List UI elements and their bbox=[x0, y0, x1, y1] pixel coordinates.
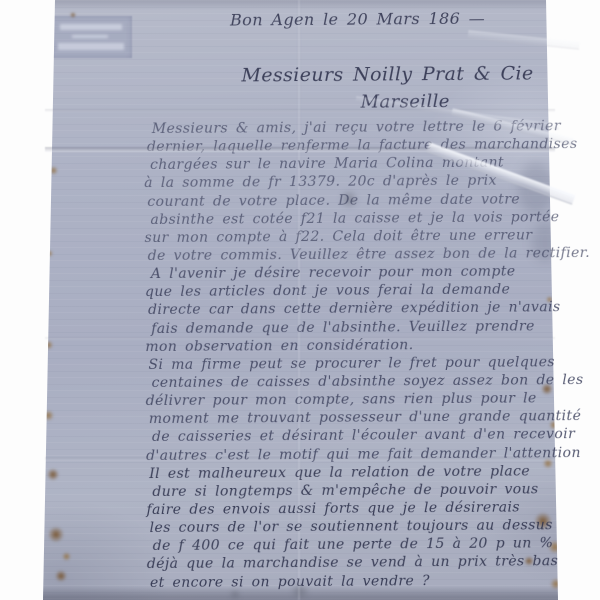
letter-line: et encore si on pouvait la vendre ? bbox=[150, 570, 593, 591]
scanned-letter-photo: Bon Agen le 20 Mars 186 — Messieurs Noil… bbox=[0, 0, 600, 600]
addressee-line: Messieurs Noilly Prat & Cie bbox=[241, 62, 533, 86]
addressee-city: Marseille bbox=[361, 91, 450, 113]
letter-content: Bon Agen le 20 Mars 186 — Messieurs Noil… bbox=[0, 0, 600, 600]
dateline: Bon Agen le 20 Mars 186 — bbox=[230, 9, 485, 30]
letter-body: Messieurs & amis, j'ai reçu votre lettre… bbox=[147, 117, 593, 592]
